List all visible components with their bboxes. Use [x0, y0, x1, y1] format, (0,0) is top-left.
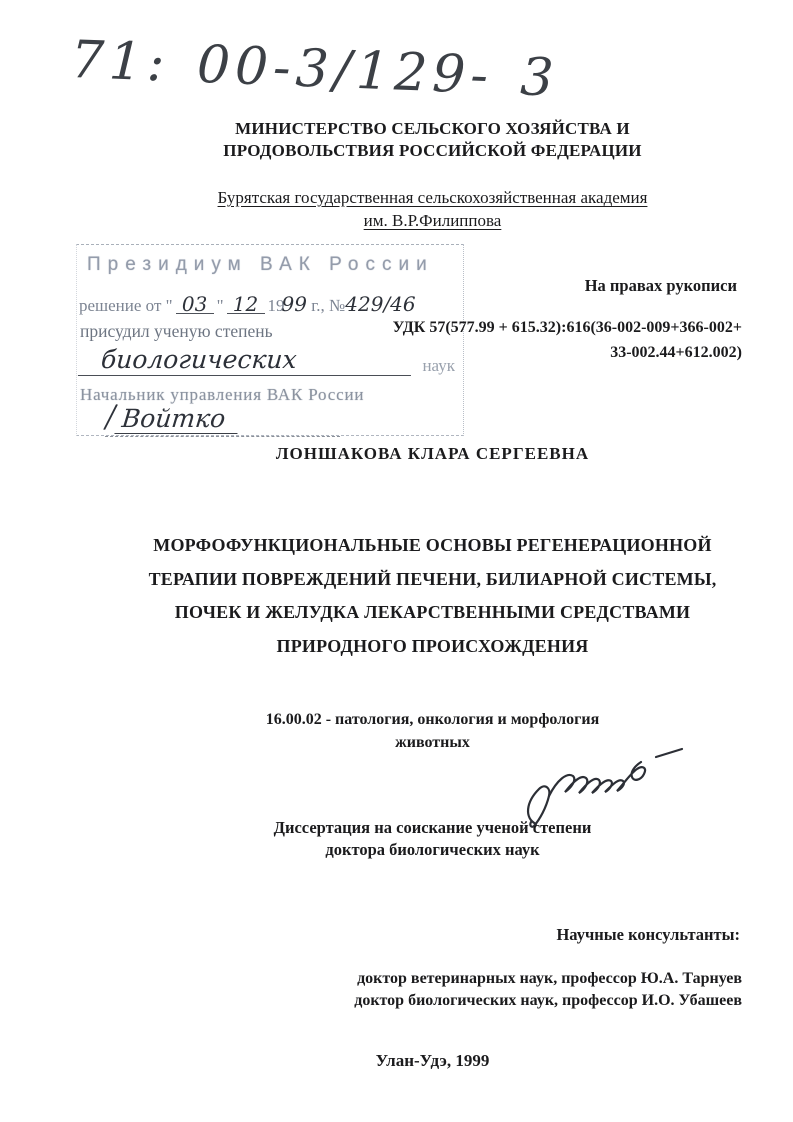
specialty-line1: 16.00.02 - патология, онкология и морфол… [72, 708, 793, 731]
handwritten-call-number: 71: 00-3/129- 3 [70, 30, 632, 111]
academy-line2: им. В.Р.Филиппова [72, 209, 793, 232]
title-line3: ПОЧЕК И ЖЕЛУДКА ЛЕКАРСТВЕННЫМИ СРЕДСТВАМ… [72, 596, 793, 630]
author-name: ЛОНШАКОВА КЛАРА СЕРГЕЕВНА [72, 444, 793, 464]
consultant-1: доктор ветеринарных наук, профессор Ю.А.… [354, 968, 742, 990]
author-signature-scribble [516, 740, 701, 828]
ministry-line1: МИНИСТЕРСТВО СЕЛЬСКОГО ХОЗЯЙСТВА И [72, 118, 793, 140]
title-line1: МОРФОФУНКЦИОНАЛЬНЫЕ ОСНОВЫ РЕГЕНЕРАЦИОНН… [72, 529, 793, 563]
number-label: г., № [307, 296, 345, 315]
handwritten-year: 99 [282, 292, 307, 316]
stamp-award-line: присудил ученую степень [80, 321, 273, 342]
ministry-header: МИНИСТЕРСТВО СЕЛЬСКОГО ХОЗЯЙСТВА И ПРОДО… [72, 118, 793, 162]
dissertation-line2: доктора биологических наук [72, 839, 793, 861]
handwritten-month: 12 [227, 295, 265, 314]
academy-line1: Бурятская государственная сельскохозяйст… [72, 186, 793, 209]
decision-prefix: решение от " [79, 296, 173, 315]
dissertation-degree-note: Диссертация на соискание ученой степени … [72, 817, 793, 861]
title-line4: ПРИРОДНОГО ПРОИСХОЖДЕНИЯ [72, 630, 793, 664]
dissertation-title-page: 71: 00-3/129- 3 МИНИСТЕРСТВО СЕЛЬСКОГО Х… [0, 0, 793, 1122]
dissertation-line1: Диссертация на соискание ученой степени [72, 817, 793, 839]
dissertation-title: МОРФОФУНКЦИОНАЛЬНЫЕ ОСНОВЫ РЕГЕНЕРАЦИОНН… [72, 529, 793, 663]
handwritten-day: 03 [176, 295, 214, 314]
consultants-list: доктор ветеринарных наук, профессор Ю.А.… [354, 968, 742, 1011]
manuscript-rights-note: На правах рукописи [585, 276, 737, 296]
handwritten-number: 429/46 [345, 292, 415, 316]
udc-line2: 33-002.44+612.002) [393, 340, 742, 365]
stamp-header: Президиум ВАК России [87, 254, 463, 276]
udc-code: УДК 57(577.99 + 615.32):616(36-002-009+3… [393, 315, 742, 365]
title-line2: ТЕРАПИИ ПОВРЕЖДЕНИЙ ПЕЧЕНИ, БИЛИАРНОЙ СИ… [72, 563, 793, 597]
ministry-line2: ПРОДОВОЛЬСТВИЯ РОССИЙСКОЙ ФЕДЕРАЦИИ [72, 140, 793, 162]
academy-name: Бурятская государственная сельскохозяйст… [72, 186, 793, 232]
handwritten-degree-field: биологических [78, 345, 414, 376]
city-and-year: Улан-Удэ, 1999 [72, 1051, 793, 1071]
udc-line1: УДК 57(577.99 + 615.32):616(36-002-009+3… [393, 315, 742, 340]
stamp-decision-line: решение от "03"121999 г., №429/46 [79, 292, 463, 316]
official-signature: /Войтко [105, 400, 340, 437]
consultant-2: доктор биологических наук, профессор И.О… [354, 990, 742, 1012]
signature-name: Войтко [115, 404, 241, 434]
decision-quote: " [217, 296, 224, 315]
consultants-heading: Научные консультанты: [556, 925, 740, 945]
